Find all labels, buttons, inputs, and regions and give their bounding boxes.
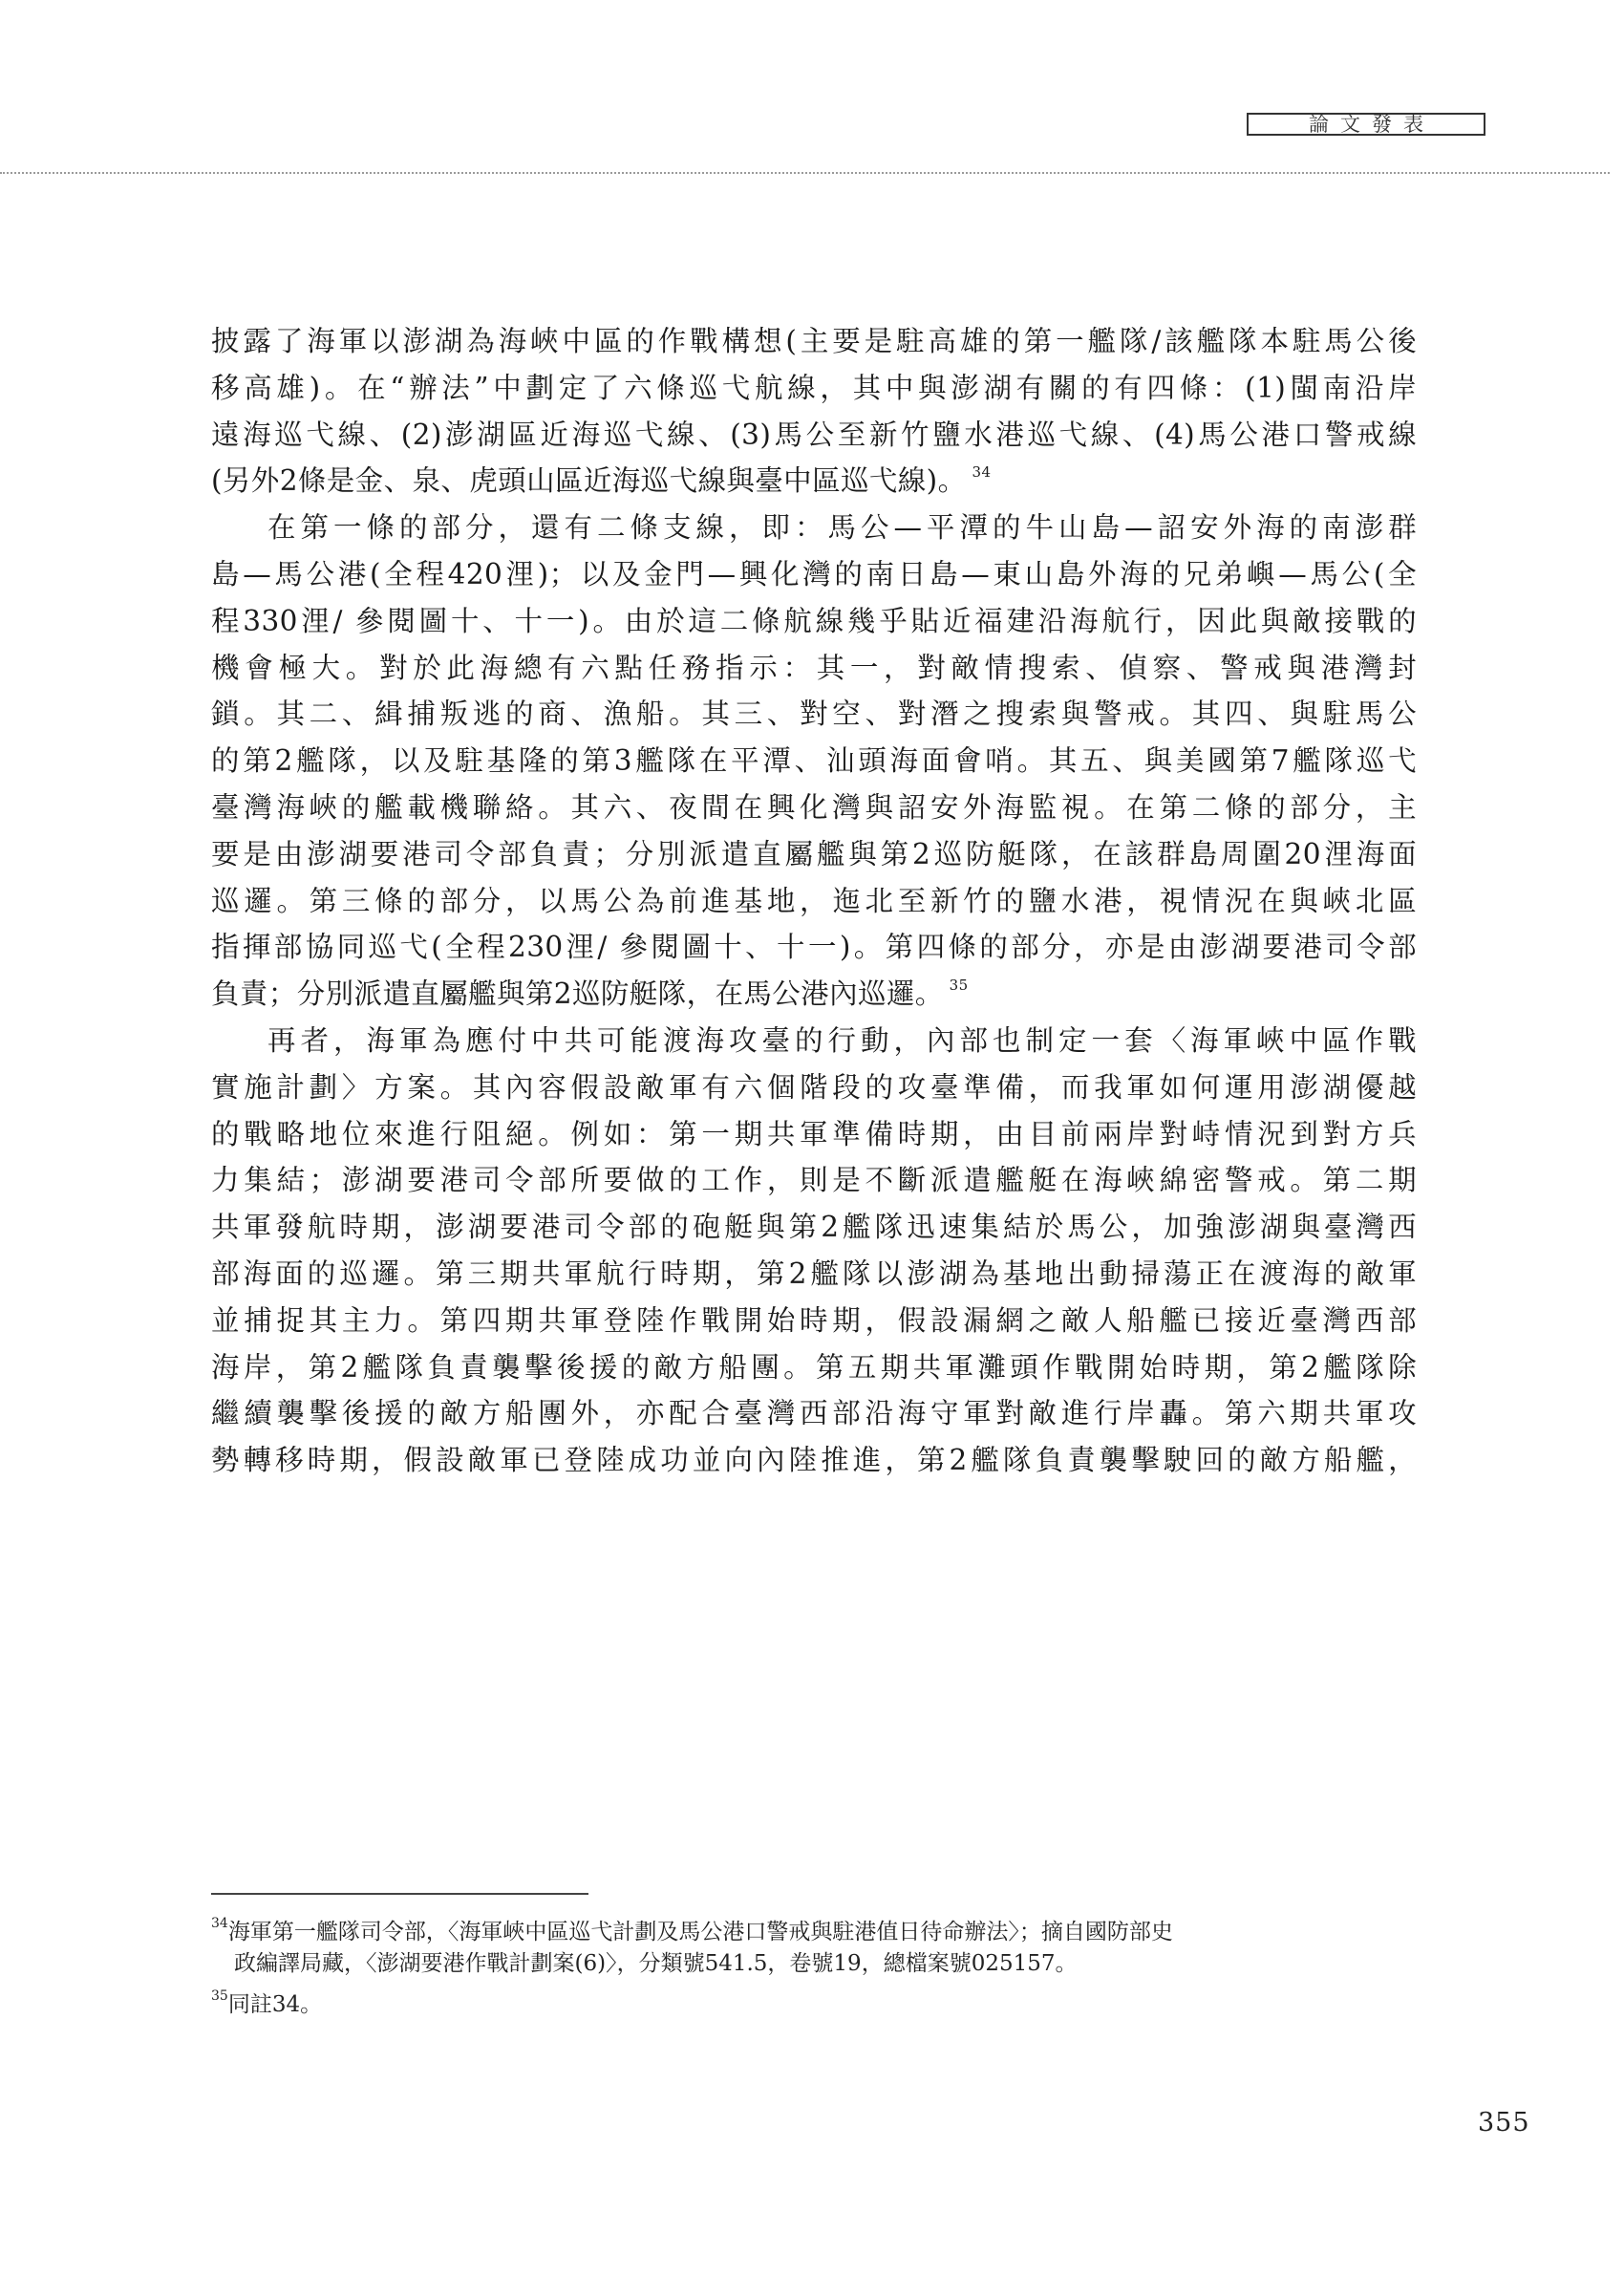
body-line: 勢轉移時期，假設敵軍已登陸成功並向內陸推進，第2艦隊負責襲擊駛回的敵方船艦，: [211, 1437, 1417, 1484]
body-line: 並捕捉其主力。第四期共軍登陸作戰開始時期，假設漏網之敵人船艦已接近臺灣西部: [211, 1298, 1417, 1344]
body-line: 機會極大。對於此海總有六點任務指示：其一，對敵情搜索、偵察、警戒與港灣封: [211, 645, 1417, 692]
paragraph-start-line: 在第一條的部分，還有二條支線，即：馬公—平潭的牛山島—詔安外海的南澎群: [211, 505, 1417, 551]
body-line: 負責；分別派遣直屬艦與第2巡防艇隊，在馬公港內巡邏。35: [211, 971, 1417, 1018]
header-dotted-divider: [0, 172, 1610, 174]
body-line: 海岸，第2艦隊負責襲擊後援的敵方船團。第五期共軍灘頭作戰開始時期，第2艦隊除: [211, 1344, 1417, 1391]
body-line: 繼續襲擊後援的敵方船團外，亦配合臺灣西部沿海守軍對敵進行岸轟。第六期共軍攻: [211, 1390, 1417, 1437]
footnotes: 34海軍第一艦隊司令部，〈海軍峽中區巡弋計劃及馬公港口警戒與駐港值日待命辦法〉；…: [211, 1917, 1417, 2021]
body-line: 移高雄)。在“辦法”中劃定了六條巡弋航線，其中與澎湖有關的有四條：(1)閩南沿岸: [211, 365, 1417, 412]
body-text: 披露了海軍以澎湖為海峽中區的作戰構想(主要是駐高雄的第一艦隊/該艦隊本駐馬公後 …: [211, 318, 1417, 1484]
body-line: 共軍發航時期，澎湖要港司令部的砲艇與第2艦隊迅速集結於馬公，加強澎湖與臺灣西: [211, 1204, 1417, 1251]
footnote-number: 34: [211, 1916, 228, 1931]
body-line: 實施計劃〉方案。其內容假設敵軍有六個階段的攻臺準備，而我軍如何運用澎湖優越: [211, 1064, 1417, 1111]
footnote-number: 35: [211, 1988, 228, 2004]
section-header-label: 論文發表: [1247, 113, 1485, 136]
body-line: 力集結；澎湖要港司令部所要做的工作，則是不斷派遣艦艇在海峽綿密警戒。第二期: [211, 1157, 1417, 1204]
footnote-reference-35[interactable]: 35: [950, 977, 969, 994]
body-line: 程330浬/ 參閱圖十、十一)。由於這二條航線幾乎貼近福建沿海航行，因此與敵接戰…: [211, 598, 1417, 645]
body-line: 臺灣海峽的艦載機聯絡。其六、夜間在興化灣與詔安外海監視。在第二條的部分，主: [211, 784, 1417, 831]
body-line: 披露了海軍以澎湖為海峽中區的作戰構想(主要是駐高雄的第一艦隊/該艦隊本駐馬公後: [211, 318, 1417, 365]
body-line: (另外2條是金、泉、虎頭山區近海巡弋線與臺中區巡弋線)。34: [211, 458, 1417, 505]
body-line: 遠海巡弋線、(2)澎湖區近海巡弋線、(3)馬公至新竹鹽水港巡弋線、(4)馬公港口…: [211, 412, 1417, 459]
page-number: 355: [1478, 2108, 1530, 2137]
body-line: 鎖。其二、緝捕叛逃的商、漁船。其三、對空、對潛之搜索與警戒。其四、與駐馬公: [211, 691, 1417, 738]
body-line: 島—馬公港(全程420浬)；以及金門—興化灣的南日島—東山島外海的兄弟嶼—馬公(…: [211, 551, 1417, 598]
body-line: 指揮部協同巡弋(全程230浬/ 參閱圖十、十一)。第四條的部分，亦是由澎湖要港司…: [211, 924, 1417, 971]
footnote-34-continuation: 政編譯局藏，〈澎湖要港作戰計劃案(6)〉，分類號541.5，卷號19，總檔案號0…: [211, 1948, 1417, 1980]
footnote-separator: [211, 1893, 588, 1895]
body-line: 部海面的巡邏。第三期共軍航行時期，第2艦隊以澎湖為基地出動掃蕩正在渡海的敵軍: [211, 1251, 1417, 1298]
body-line: 巡邏。第三條的部分，以馬公為前進基地，迤北至新竹的鹽水港，視情況在與峽北區: [211, 878, 1417, 925]
footnote-reference-34[interactable]: 34: [972, 463, 992, 481]
footnote-34: 34海軍第一艦隊司令部，〈海軍峽中區巡弋計劃及馬公港口警戒與駐港值日待命辦法〉；…: [211, 1917, 1417, 1948]
footnote-35: 35同註34。: [211, 1989, 1417, 2021]
body-line: 的第2艦隊，以及駐基隆的第3艦隊在平潭、汕頭海面會哨。其五、與美國第7艦隊巡弋: [211, 738, 1417, 784]
body-line: 的戰略地位來進行阻絕。例如：第一期共軍準備時期，由目前兩岸對峙情況到對方兵: [211, 1111, 1417, 1158]
paragraph-start-line: 再者，海軍為應付中共可能渡海攻臺的行動，內部也制定一套〈海軍峽中區作戰: [211, 1018, 1417, 1064]
body-line: 要是由澎湖要港司令部負責；分別派遣直屬艦與第2巡防艇隊，在該群島周圍20浬海面: [211, 831, 1417, 878]
